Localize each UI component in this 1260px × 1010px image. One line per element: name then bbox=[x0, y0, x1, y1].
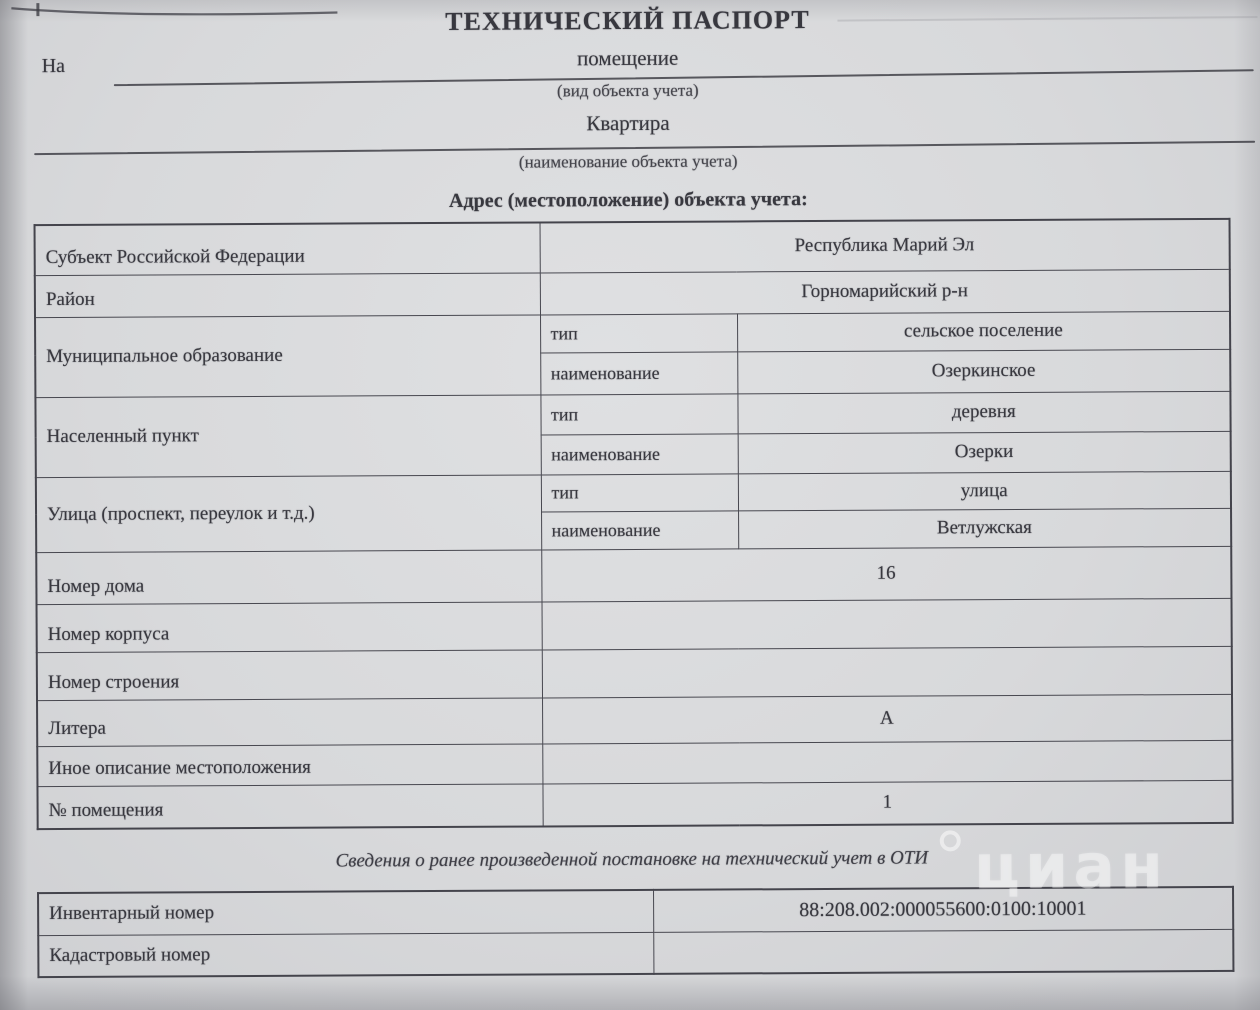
structure-number-value bbox=[542, 646, 1232, 698]
inventory-number-label: Инвентарный номер bbox=[38, 890, 653, 935]
registration-section-heading: Сведения о ранее произведенной постановк… bbox=[2, 846, 1260, 875]
object-name-value: Квартира bbox=[0, 108, 1258, 140]
street-name-key: наименование bbox=[541, 510, 738, 549]
settlement-name-key: наименование bbox=[541, 433, 738, 474]
street-type-value: улица bbox=[738, 471, 1231, 511]
litera-value: А bbox=[542, 694, 1232, 744]
address-table: Субъект Российской Федерации Республика … bbox=[34, 218, 1234, 830]
table-row: Инвентарный номер 88:208.002:000055600:0… bbox=[38, 887, 1233, 935]
address-section-heading: Адрес (местоположение) объекта учета: bbox=[0, 186, 1258, 216]
litera-label: Литера bbox=[37, 697, 542, 746]
table-row: Улица (проспект, переулок и т.д.) тип ул… bbox=[36, 471, 1231, 514]
page-title: ТЕХНИЧЕСКИЙ ПАСПОРТ bbox=[0, 3, 1258, 40]
structure-number-label: Номер строения bbox=[37, 649, 542, 700]
table-row: Муниципальное образование тип сельское п… bbox=[35, 311, 1230, 355]
settlement-type-value: деревня bbox=[737, 391, 1230, 434]
building-number-value bbox=[542, 598, 1232, 650]
table-row: Литера А bbox=[37, 694, 1232, 746]
subject-label: Субъект Российской Федерации bbox=[35, 222, 540, 275]
subject-value: Республика Марий Эл bbox=[540, 219, 1230, 273]
other-description-label: Иное описание местоположения bbox=[37, 743, 542, 786]
table-row: Иное описание местоположения bbox=[37, 740, 1232, 786]
table-row: Номер дома 16 bbox=[36, 546, 1231, 604]
street-type-key: тип bbox=[541, 473, 738, 511]
scanned-page: ТЕХНИЧЕСКИЙ ПАСПОРТ На помещение (вид об… bbox=[0, 0, 1260, 1010]
registration-table: Инвентарный номер 88:208.002:000055600:0… bbox=[37, 886, 1234, 978]
premises-number-label: № помещения bbox=[37, 783, 542, 829]
municipality-type-value: сельское поселение bbox=[737, 311, 1230, 352]
cadastral-number-label: Кадастровый номер bbox=[38, 932, 653, 977]
municipality-type-key: тип bbox=[540, 313, 737, 352]
cadastral-number-value bbox=[653, 929, 1233, 974]
municipality-name-key: наименование bbox=[540, 351, 737, 394]
house-number-label: Номер дома bbox=[36, 549, 541, 604]
table-row: Кадастровый номер bbox=[38, 929, 1233, 977]
district-value: Горномарийский р-н bbox=[540, 269, 1230, 315]
building-number-label: Номер корпуса bbox=[37, 601, 542, 652]
street-label: Улица (проспект, переулок и т.д.) bbox=[36, 474, 541, 552]
inventory-number-value: 88:208.002:000055600:0100:10001 bbox=[653, 887, 1233, 932]
table-row: Район Горномарийский р-н bbox=[35, 269, 1230, 317]
premises-number-value: 1 bbox=[542, 780, 1232, 827]
settlement-name-value: Озерки bbox=[738, 431, 1231, 474]
settlement-type-key: тип bbox=[540, 393, 737, 434]
municipality-label: Муниципальное образование bbox=[35, 314, 540, 397]
table-row: Номер корпуса bbox=[37, 598, 1232, 652]
table-row: № помещения 1 bbox=[37, 780, 1232, 829]
document-content: ТЕХНИЧЕСКИЙ ПАСПОРТ На помещение (вид об… bbox=[0, 0, 1260, 1010]
object-kind-value: помещение bbox=[0, 43, 1258, 75]
object-kind-caption: (вид объекта учета) bbox=[0, 78, 1258, 105]
settlement-label: Населенный пункт bbox=[35, 394, 540, 477]
house-number-value: 16 bbox=[541, 546, 1231, 602]
table-row: Субъект Российской Федерации Республика … bbox=[35, 219, 1230, 275]
municipality-name-value: Озеркинское bbox=[737, 349, 1230, 394]
other-description-value bbox=[542, 740, 1232, 784]
district-label: Район bbox=[35, 272, 540, 317]
table-row: Номер строения bbox=[37, 646, 1232, 700]
table-row: Населенный пункт тип деревня bbox=[35, 391, 1230, 437]
street-name-value: Ветлужская bbox=[738, 508, 1231, 549]
